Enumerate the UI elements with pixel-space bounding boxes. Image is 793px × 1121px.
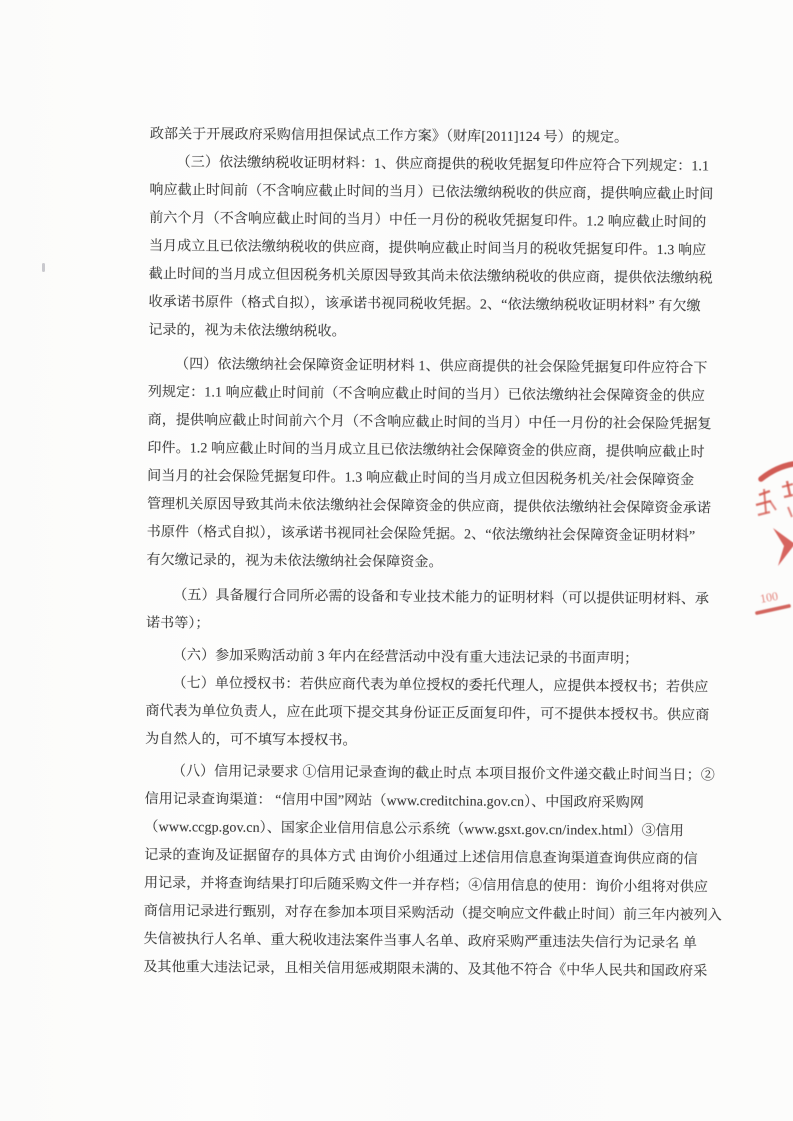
text-line: 用记录，并将查询结果打印后随采购文件一并存档；④信用信息的使用：询价小组将对供应: [144, 870, 712, 902]
text-line: （六）参加采购活动前 3 年内在经营活动中没有重大违法记录的书面声明；: [146, 642, 714, 674]
text-line: 记录的查询及证据留存的具体方式 由询价小组通过上述信用信息查询渠道查询供应商的信: [144, 842, 712, 874]
text-line: 政部关于开展政府采购信用担保试点工作方案》（财库[2011]124 号）的规定。: [150, 121, 718, 153]
red-chevron-mark: [773, 528, 793, 566]
text-line: （www.ccgp.gov.cn）、国家企业信用信息公示系统（www.gsxt.…: [144, 814, 712, 846]
red-stamp-fragments: 100: [751, 455, 793, 623]
text-line: 当月成立且已依法缴纳税收的供应商，提供响应截止时间当月的税收凭据复印件。1.3 …: [149, 233, 717, 265]
text-line: 商信用记录进行甄别，对存在参加本项目采购活动（提交响应文件截止时间）前三年内被列…: [144, 898, 712, 930]
text-line: 间当月的社会保险凭据复印件。1.3 响应截止时间的当月成立但因税务机关/社会保障…: [147, 463, 715, 495]
text-line: 商，提供响应截止时间前六个月（不含响应截止时间的当月）中任一月份的社会保险凭据复: [148, 407, 716, 439]
text-line: 有欠缴记录的，视为未依法缴纳社会保障资金。: [146, 547, 714, 579]
scanned-page: 政部关于开展政府采购信用担保试点工作方案》（财库[2011]124 号）的规定。…: [0, 0, 793, 1121]
text-line: 及其他重大违法记录，且相关信用惩戒期限未满的、及其他不符合《中华人民共和国政府采: [143, 954, 711, 986]
text-line: （五）具备履行合同所必需的设备和专业技术能力的证明材料（可以提供证明材料、承: [146, 582, 714, 614]
text-line: 诺书等）；: [146, 610, 714, 642]
text-block: 政部关于开展政府采购信用担保试点工作方案》（财库[2011]124 号）的规定。…: [143, 121, 718, 986]
text-line: （四）依法缴纳社会保障资金证明材料 1、供应商提供的社会保险凭据复印件应符合下: [148, 351, 716, 383]
text-line: 管理机关原因导致其尚未依法缴纳社会保障资金的供应商，提供依法缴纳社会保障资金承诺: [147, 491, 715, 523]
text-line: 商代表为单位负责人，应在此项下提交其身份证正反面复印件，可不提供本授权书。供应商: [145, 698, 713, 730]
svg-text:100: 100: [759, 589, 779, 606]
text-line: 前六个月（不含响应截止时间的当月）中任一月份的税收凭据复印件。1.2 响应截止时…: [149, 205, 717, 237]
scan-artifact-speck: [42, 263, 45, 272]
text-line: （八）信用记录要求 ①信用记录查询的截止时点 本项目报价文件递交截止时间当日；②: [145, 758, 713, 790]
text-line: 失信被执行人名单、重大税收违法案件当事人名单、政府采购严重违法失信行为记录名 单: [143, 926, 711, 958]
text-line: 为自然人的，可不填写本授权书。: [145, 726, 713, 758]
text-line: 截止时间的当月成立但因税务机关原因导致其尚未依法缴纳税收的供应商，提供依法缴纳税: [149, 261, 717, 293]
text-line: （三）依法缴纳税收证明材料：1、供应商提供的税收凭据复印件应符合下列规定：1.1: [150, 149, 718, 181]
text-line: 印件。1.2 响应截止时间的当月成立且已依法缴纳社会保障资金的供应商，提供响应截…: [147, 435, 715, 467]
text-line: 信用记录查询渠道： “信用中国”网站（www.creditchina.gov.c…: [145, 786, 713, 818]
text-line: 列规定：1.1 响应截止时间前（不含响应截止时间的当月）已依法缴纳社会保障资金的…: [148, 379, 716, 411]
red-seal-edge-fragment: [756, 464, 793, 517]
red-numerals-100-underlined: 100: [757, 589, 789, 613]
text-line: （七）单位授权书：若供应商代表为单位授权的委托代理人，应提供本授权书；若供应: [145, 670, 713, 702]
text-line: 书原件（格式自拟），该承诺书视同社会保险凭据。2、“依法缴纳社会保障资金证明材料…: [147, 519, 715, 551]
text-line: 收承诺书原件（格式自拟），该承诺书视同税收凭据。2、“依法缴纳税收证明材料” 有…: [148, 289, 716, 321]
text-line: 记录的，视为未依法缴纳税收。: [148, 317, 716, 349]
text-line: 响应截止时间前（不含响应截止时间的当月）已依法缴纳税收的供应商，提供响应截止时间: [149, 177, 717, 209]
